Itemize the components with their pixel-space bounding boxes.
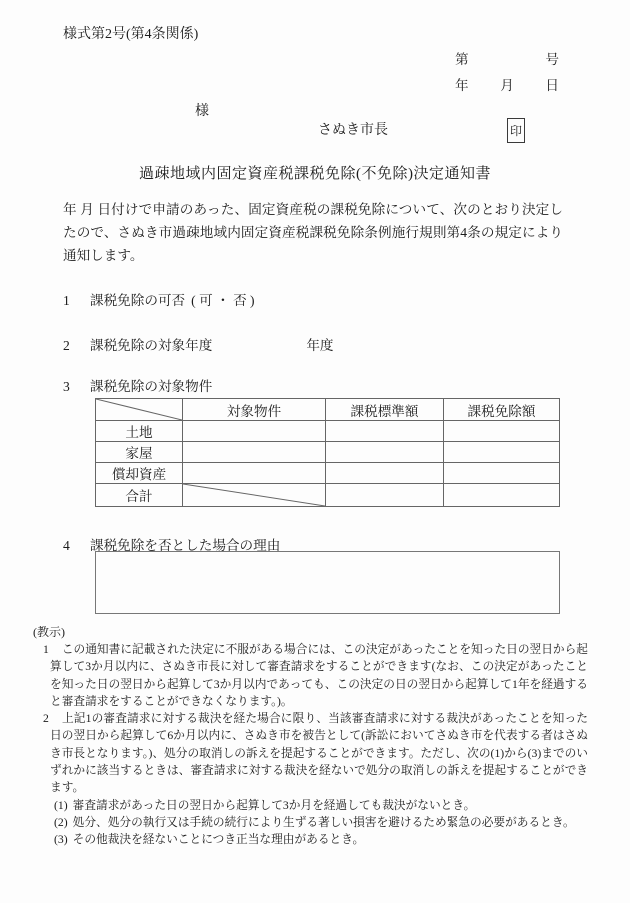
row-label-house: 家屋	[96, 442, 183, 463]
doc-number-suffix: 号	[545, 48, 559, 68]
table-corner-cell	[96, 399, 183, 421]
diagonal-line	[183, 484, 325, 506]
notice-item-2-number: 2	[43, 712, 49, 725]
notice-item-1: 1この通知書に記載された決定に不服がある場合には、この決定があったことを知った日…	[43, 641, 588, 710]
section-3-number: 3	[63, 379, 90, 395]
section-3-label: 課税免除の対象物件	[90, 379, 212, 394]
addressee-honorific: 様	[195, 100, 209, 120]
body-paragraph: 年 月 日付けで申請のあった、固定資産税の課税免除について、次のとおり決定したの…	[63, 198, 563, 267]
notice-item-2: 2上記1の審査請求に対する裁決を経た場合に限り、当該審査請求に対する裁決があった…	[43, 710, 588, 796]
notice-list: 1この通知書に記載された決定に不服がある場合には、この決定があったことを知った日…	[43, 641, 588, 849]
row-label-total: 合計	[96, 484, 183, 506]
col-header-target-property: 対象物件	[183, 399, 326, 421]
col-header-taxable-base: 課税標準額	[326, 399, 444, 421]
date-year-label: 年	[455, 74, 469, 94]
cell-house-property	[183, 442, 326, 463]
date-day-label: 日	[545, 74, 559, 94]
cell-total-base	[326, 484, 444, 506]
document-title: 過疎地域内固定資産税課税免除(不免除)決定通知書	[0, 162, 630, 183]
sub-1-text: 審査請求があった日の翌日から起算して3か月を経過しても裁決がないとき。	[73, 799, 476, 812]
doc-number-prefix: 第	[455, 48, 469, 68]
sub-1-number: (1)	[54, 799, 68, 812]
cell-assets-base	[326, 463, 444, 484]
row-label-depreciable-assets: 償却資産	[96, 463, 183, 484]
sub-3-text: その他裁決を経ないことにつき正当な理由があるとき。	[73, 833, 365, 846]
cell-assets-property	[183, 463, 326, 484]
sub-3-number: (3)	[54, 833, 68, 846]
cell-assets-exempt	[444, 463, 559, 484]
denial-reason-box	[95, 551, 560, 614]
form-number: 様式第2号(第4条関係)	[63, 23, 198, 43]
section-1-options: ( 可 ・ 否 )	[191, 293, 254, 308]
sub-2-text: 処分、処分の執行又は手続の続行により生ずる著しい損害を避けるため緊急の必要がある…	[73, 816, 575, 829]
notice-item-2-sub-1: (1)審査請求があった日の翌日から起算して3か月を経過しても裁決がないとき。	[54, 797, 588, 814]
cell-house-exempt	[444, 442, 559, 463]
section-2-year-suffix: 年度	[306, 338, 333, 353]
section-2-number: 2	[63, 338, 90, 354]
section-1-number: 1	[63, 293, 90, 309]
document-number-line: 第 号	[455, 48, 559, 68]
section-2-target-fiscal-year: 2課税免除の対象年度年度	[63, 334, 334, 354]
document-page: 様式第2号(第4条関係) 第 号 年 月 日 様 さぬき市長 印 過疎地域内固定…	[0, 0, 630, 903]
issuer-mayor-label: さぬき市長	[318, 119, 388, 139]
notice-item-2-text: 上記1の審査請求に対する裁決を経た場合に限り、当該審査請求に対する裁決があったこ…	[50, 712, 588, 794]
cell-land-property	[183, 421, 326, 442]
cell-total-property-diagonal	[183, 484, 326, 506]
notice-item-2-sub-2: (2)処分、処分の執行又は手続の続行により生ずる著しい損害を避けるため緊急の必要…	[54, 814, 588, 831]
section-4-number: 4	[63, 538, 90, 554]
col-header-exempted-amount: 課税免除額	[444, 399, 559, 421]
notice-item-1-text: この通知書に記載された決定に不服がある場合には、この決定があったことを知った日の…	[50, 643, 588, 708]
date-line: 年 月 日	[455, 74, 559, 94]
section-1-exemption-decision: 1課税免除の可否( 可 ・ 否 )	[63, 289, 255, 309]
property-table: 対象物件 課税標準額 課税免除額 土地 家屋 償却資産 合計	[95, 398, 560, 507]
diagonal-line	[96, 399, 182, 420]
cell-land-base	[326, 421, 444, 442]
notice-item-2-sub-3: (3)その他裁決を経ないことにつき正当な理由があるとき。	[54, 831, 588, 848]
notice-caption: (教示)	[33, 623, 65, 640]
row-label-land: 土地	[96, 421, 183, 442]
cell-total-exempt	[444, 484, 559, 506]
seal-box: 印	[507, 118, 525, 143]
seal-mark: 印	[510, 122, 522, 139]
cell-house-base	[326, 442, 444, 463]
section-2-label: 課税免除の対象年度	[90, 338, 212, 353]
date-month-label: 月	[500, 74, 514, 94]
notice-item-1-number: 1	[43, 643, 49, 656]
section-3-target-property: 3課税免除の対象物件	[63, 375, 212, 395]
cell-land-exempt	[444, 421, 559, 442]
section-1-label: 課税免除の可否	[90, 293, 185, 308]
sub-2-number: (2)	[54, 816, 68, 829]
